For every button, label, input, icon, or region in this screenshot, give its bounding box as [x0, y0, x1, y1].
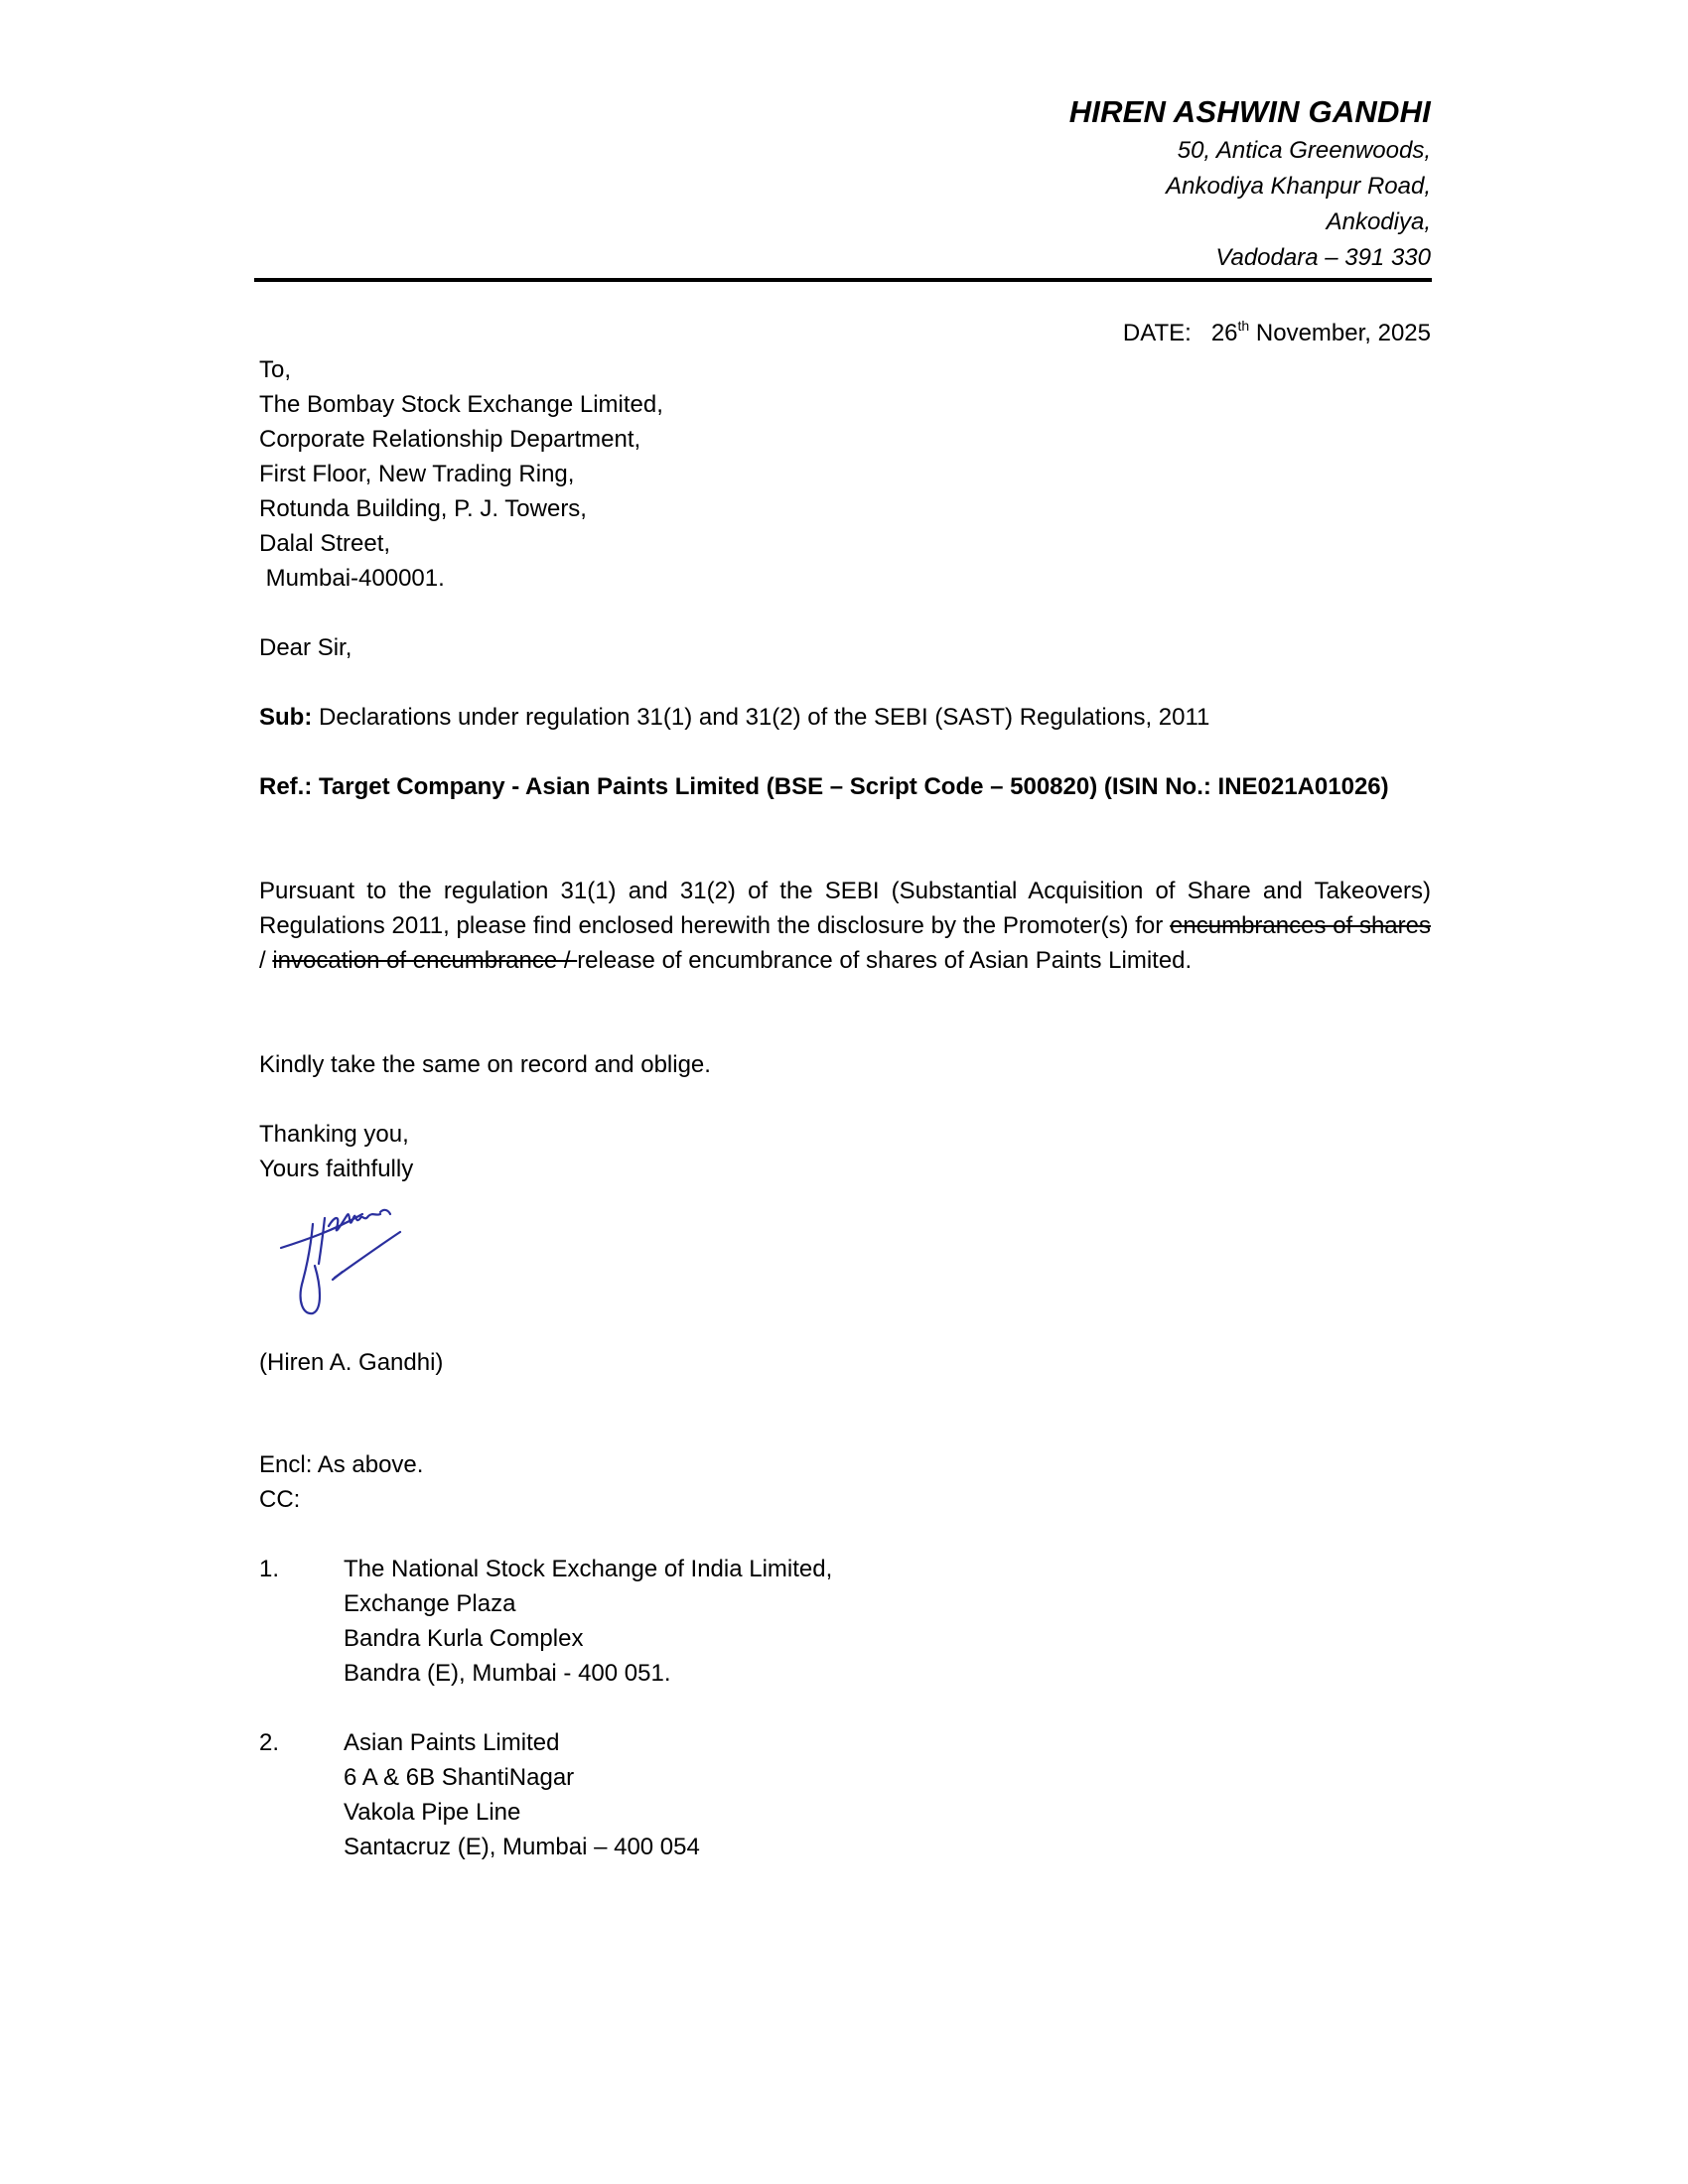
recipient-line: The Bombay Stock Exchange Limited,	[259, 387, 1431, 422]
sender-address-line: Vadodara – 391 330	[1069, 240, 1431, 276]
closing: Thanking you, Yours faithfully	[259, 1117, 1431, 1186]
subject-text: Declarations under regulation 31(1) and …	[312, 704, 1209, 731]
struck-text: encumbrances of shares	[1170, 912, 1431, 939]
letter-page: HIREN ASHWIN GANDHI 50, Antica Greenwood…	[0, 0, 1688, 2184]
salutation: Dear Sir,	[259, 630, 1431, 665]
date-day: 26	[1211, 320, 1238, 346]
body-outro: release of encumbrance of shares of Asia…	[577, 947, 1192, 974]
cc-address-line: The National Stock Exchange of India Lim…	[344, 1552, 1237, 1586]
recipient-line: Dalal Street,	[259, 526, 1431, 561]
recipient-line: Rotunda Building, P. J. Towers,	[259, 491, 1431, 526]
recipient-line: Mumbai-400001.	[259, 561, 1431, 596]
date-rest: November, 2025	[1256, 320, 1431, 346]
sender-name: HIREN ASHWIN GANDHI	[1069, 91, 1431, 133]
closing-line: Thanking you,	[259, 1117, 1431, 1152]
closing-line: Yours faithfully	[259, 1152, 1431, 1186]
sender-address-line: 50, Antica Greenwoods,	[1069, 133, 1431, 169]
cc-address-line: Asian Paints Limited	[344, 1725, 1237, 1760]
recipient-line: First Floor, New Trading Ring,	[259, 457, 1431, 491]
reference-line: Ref.: Target Company - Asian Paints Limi…	[259, 769, 1431, 804]
body-paragraph: Pursuant to the regulation 31(1) and 31(…	[259, 874, 1431, 978]
cc-label: CC:	[259, 1482, 1431, 1517]
date-suffix: th	[1238, 318, 1250, 334]
struck-text: invocation of encumbrance /	[272, 947, 577, 974]
separator: /	[259, 947, 272, 974]
cc-number: 1.	[259, 1552, 339, 1586]
recipient-address: To, The Bombay Stock Exchange Limited, C…	[259, 352, 1431, 596]
recipient-line: Corporate Relationship Department,	[259, 422, 1431, 457]
cc-address-line: Santacruz (E), Mumbai – 400 054	[344, 1830, 1237, 1864]
sender-address-line: Ankodiya Khanpur Road,	[1069, 169, 1431, 205]
letter-date: DATE: 26th November, 2025	[1123, 316, 1431, 350]
letterhead: HIREN ASHWIN GANDHI 50, Antica Greenwood…	[1069, 91, 1431, 276]
cc-address-line: 6 A & 6B ShantiNagar	[344, 1760, 1237, 1795]
enclosure-line: Encl: As above.	[259, 1447, 1431, 1482]
signatory-name: (Hiren A. Gandhi)	[259, 1345, 1431, 1380]
cc-address-line: Bandra (E), Mumbai - 400 051.	[344, 1656, 1237, 1691]
subject-label: Sub:	[259, 704, 312, 731]
cc-address-line: Exchange Plaza	[344, 1586, 1237, 1621]
date-label: DATE:	[1123, 320, 1192, 346]
cc-address-line: Bandra Kurla Complex	[344, 1621, 1237, 1656]
enclosure-note: Encl: As above. CC:	[259, 1447, 1431, 1517]
subject-line: Sub: Declarations under regulation 31(1)…	[259, 700, 1431, 735]
recipient-line: To,	[259, 352, 1431, 387]
sender-address-line: Ankodiya,	[1069, 205, 1431, 240]
cc-number: 2.	[259, 1725, 339, 1760]
cc-address-line: Vakola Pipe Line	[344, 1795, 1237, 1830]
letterhead-divider	[254, 278, 1432, 282]
request-line: Kindly take the same on record and oblig…	[259, 1047, 1431, 1082]
signature-icon	[273, 1186, 412, 1325]
